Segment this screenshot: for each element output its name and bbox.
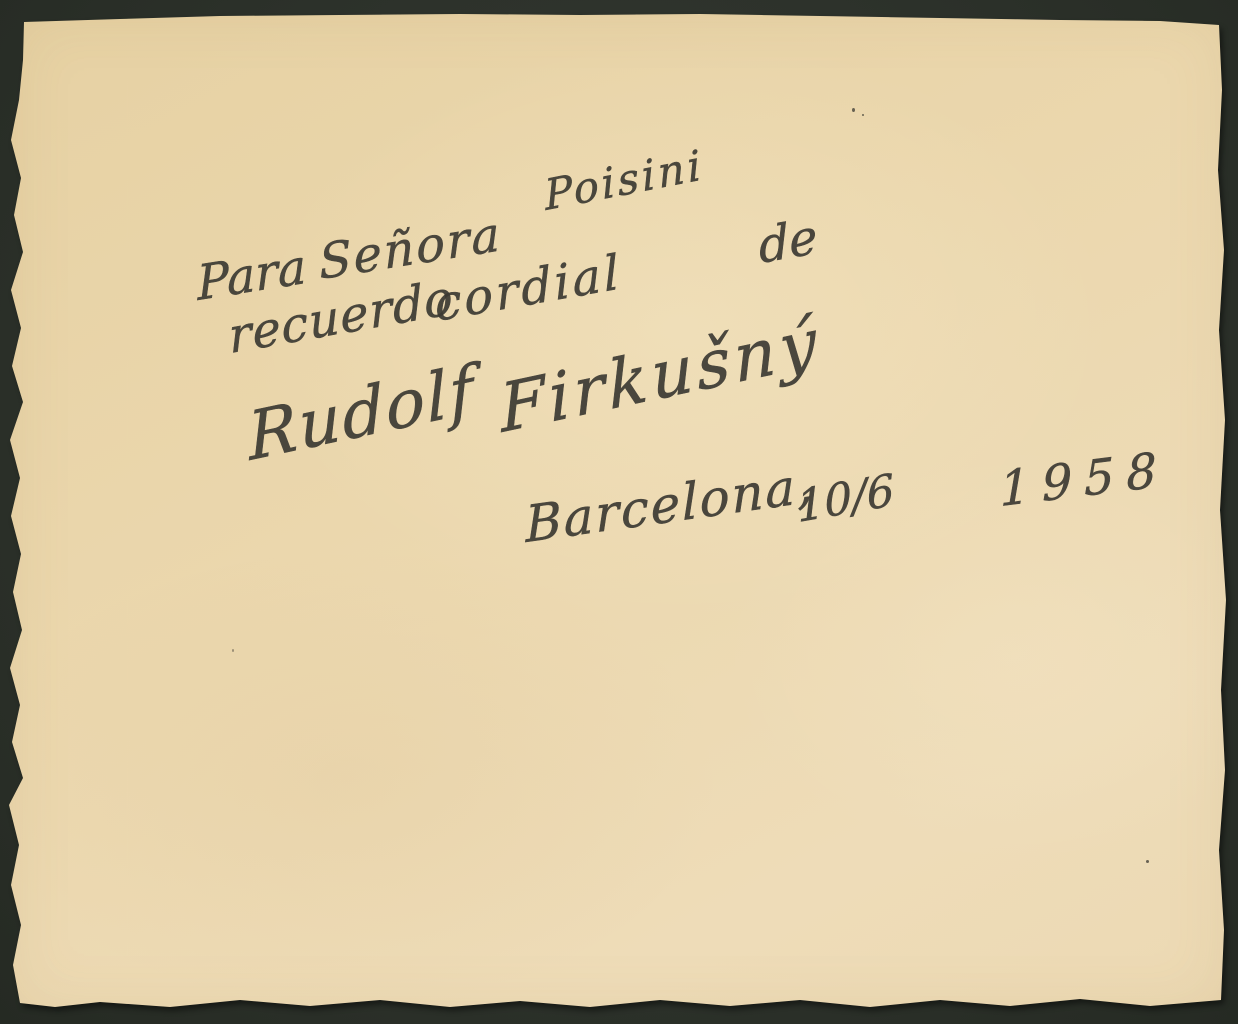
paper-speck [852, 108, 855, 112]
paper-speck [232, 649, 234, 652]
photo-background: Poisini Para Señora recuerdo cordial de … [0, 0, 1238, 1024]
handwriting-word-place: Barcelona, [523, 454, 815, 554]
signature-last-name: Firkušný [497, 302, 823, 448]
handwriting-word-de: de [757, 209, 819, 275]
paper-speck [862, 114, 864, 116]
note-card: Poisini Para Señora recuerdo cordial de … [0, 0, 1238, 1024]
note-card-shadow: Poisini Para Señora recuerdo cordial de … [0, 0, 1238, 1024]
handwriting-word-recipient-name: Poisini [542, 140, 706, 220]
handwriting-word-year: 1958 [999, 441, 1169, 518]
paper-speck [1146, 860, 1149, 863]
signature-first-name: Rudolf [245, 348, 486, 476]
handwriting-layer: Poisini Para Señora recuerdo cordial de … [0, 0, 1238, 1024]
